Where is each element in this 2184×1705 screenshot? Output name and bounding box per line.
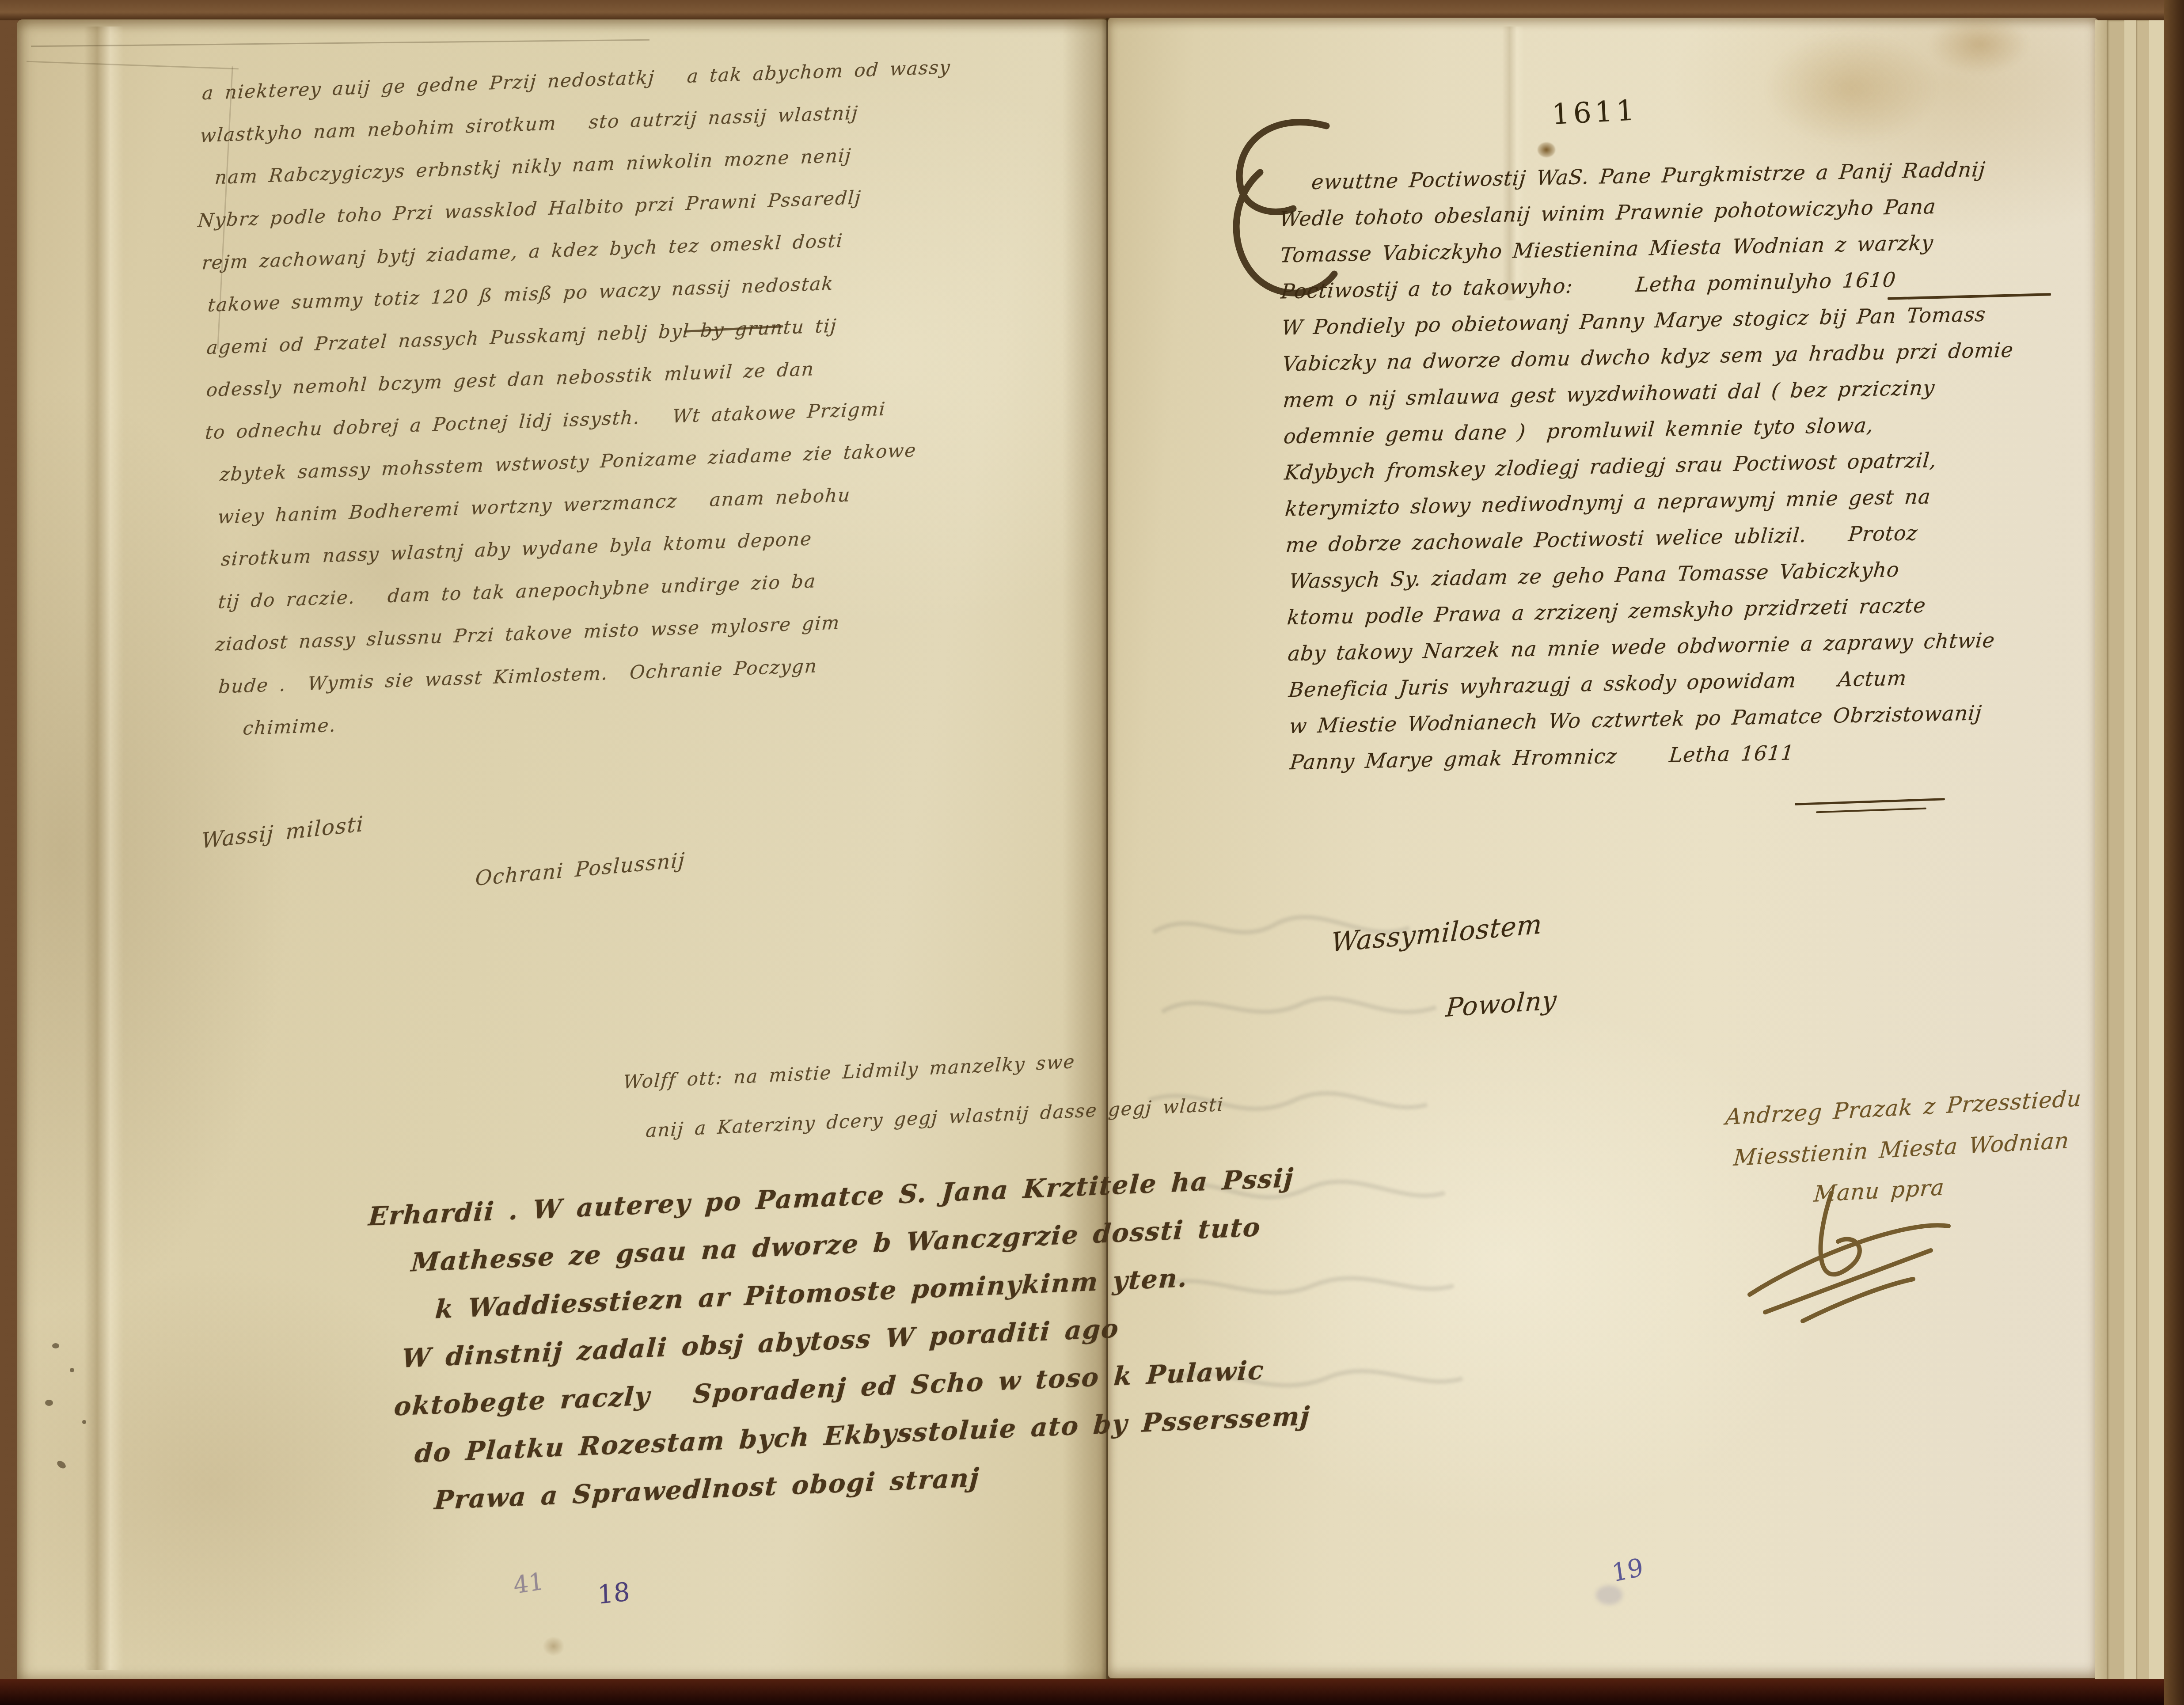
text-line: Miesstienin Miesta Wodnian <box>1732 1128 2070 1171</box>
signature-block: Andrzeg Prazak z PrzesstieduMiesstienin … <box>0 0 2184 1705</box>
signature-flourish <box>1723 1184 1962 1330</box>
manuscript-double-page-scan: a niekterey auij ge gedne Przij nedostat… <box>0 0 2184 1705</box>
text-line: Andrzeg Prazak z Przesstiedu <box>1725 1086 2083 1130</box>
book-cover-edge-bottom <box>0 1679 2184 1705</box>
book-cover-edge-right <box>2164 0 2184 1705</box>
